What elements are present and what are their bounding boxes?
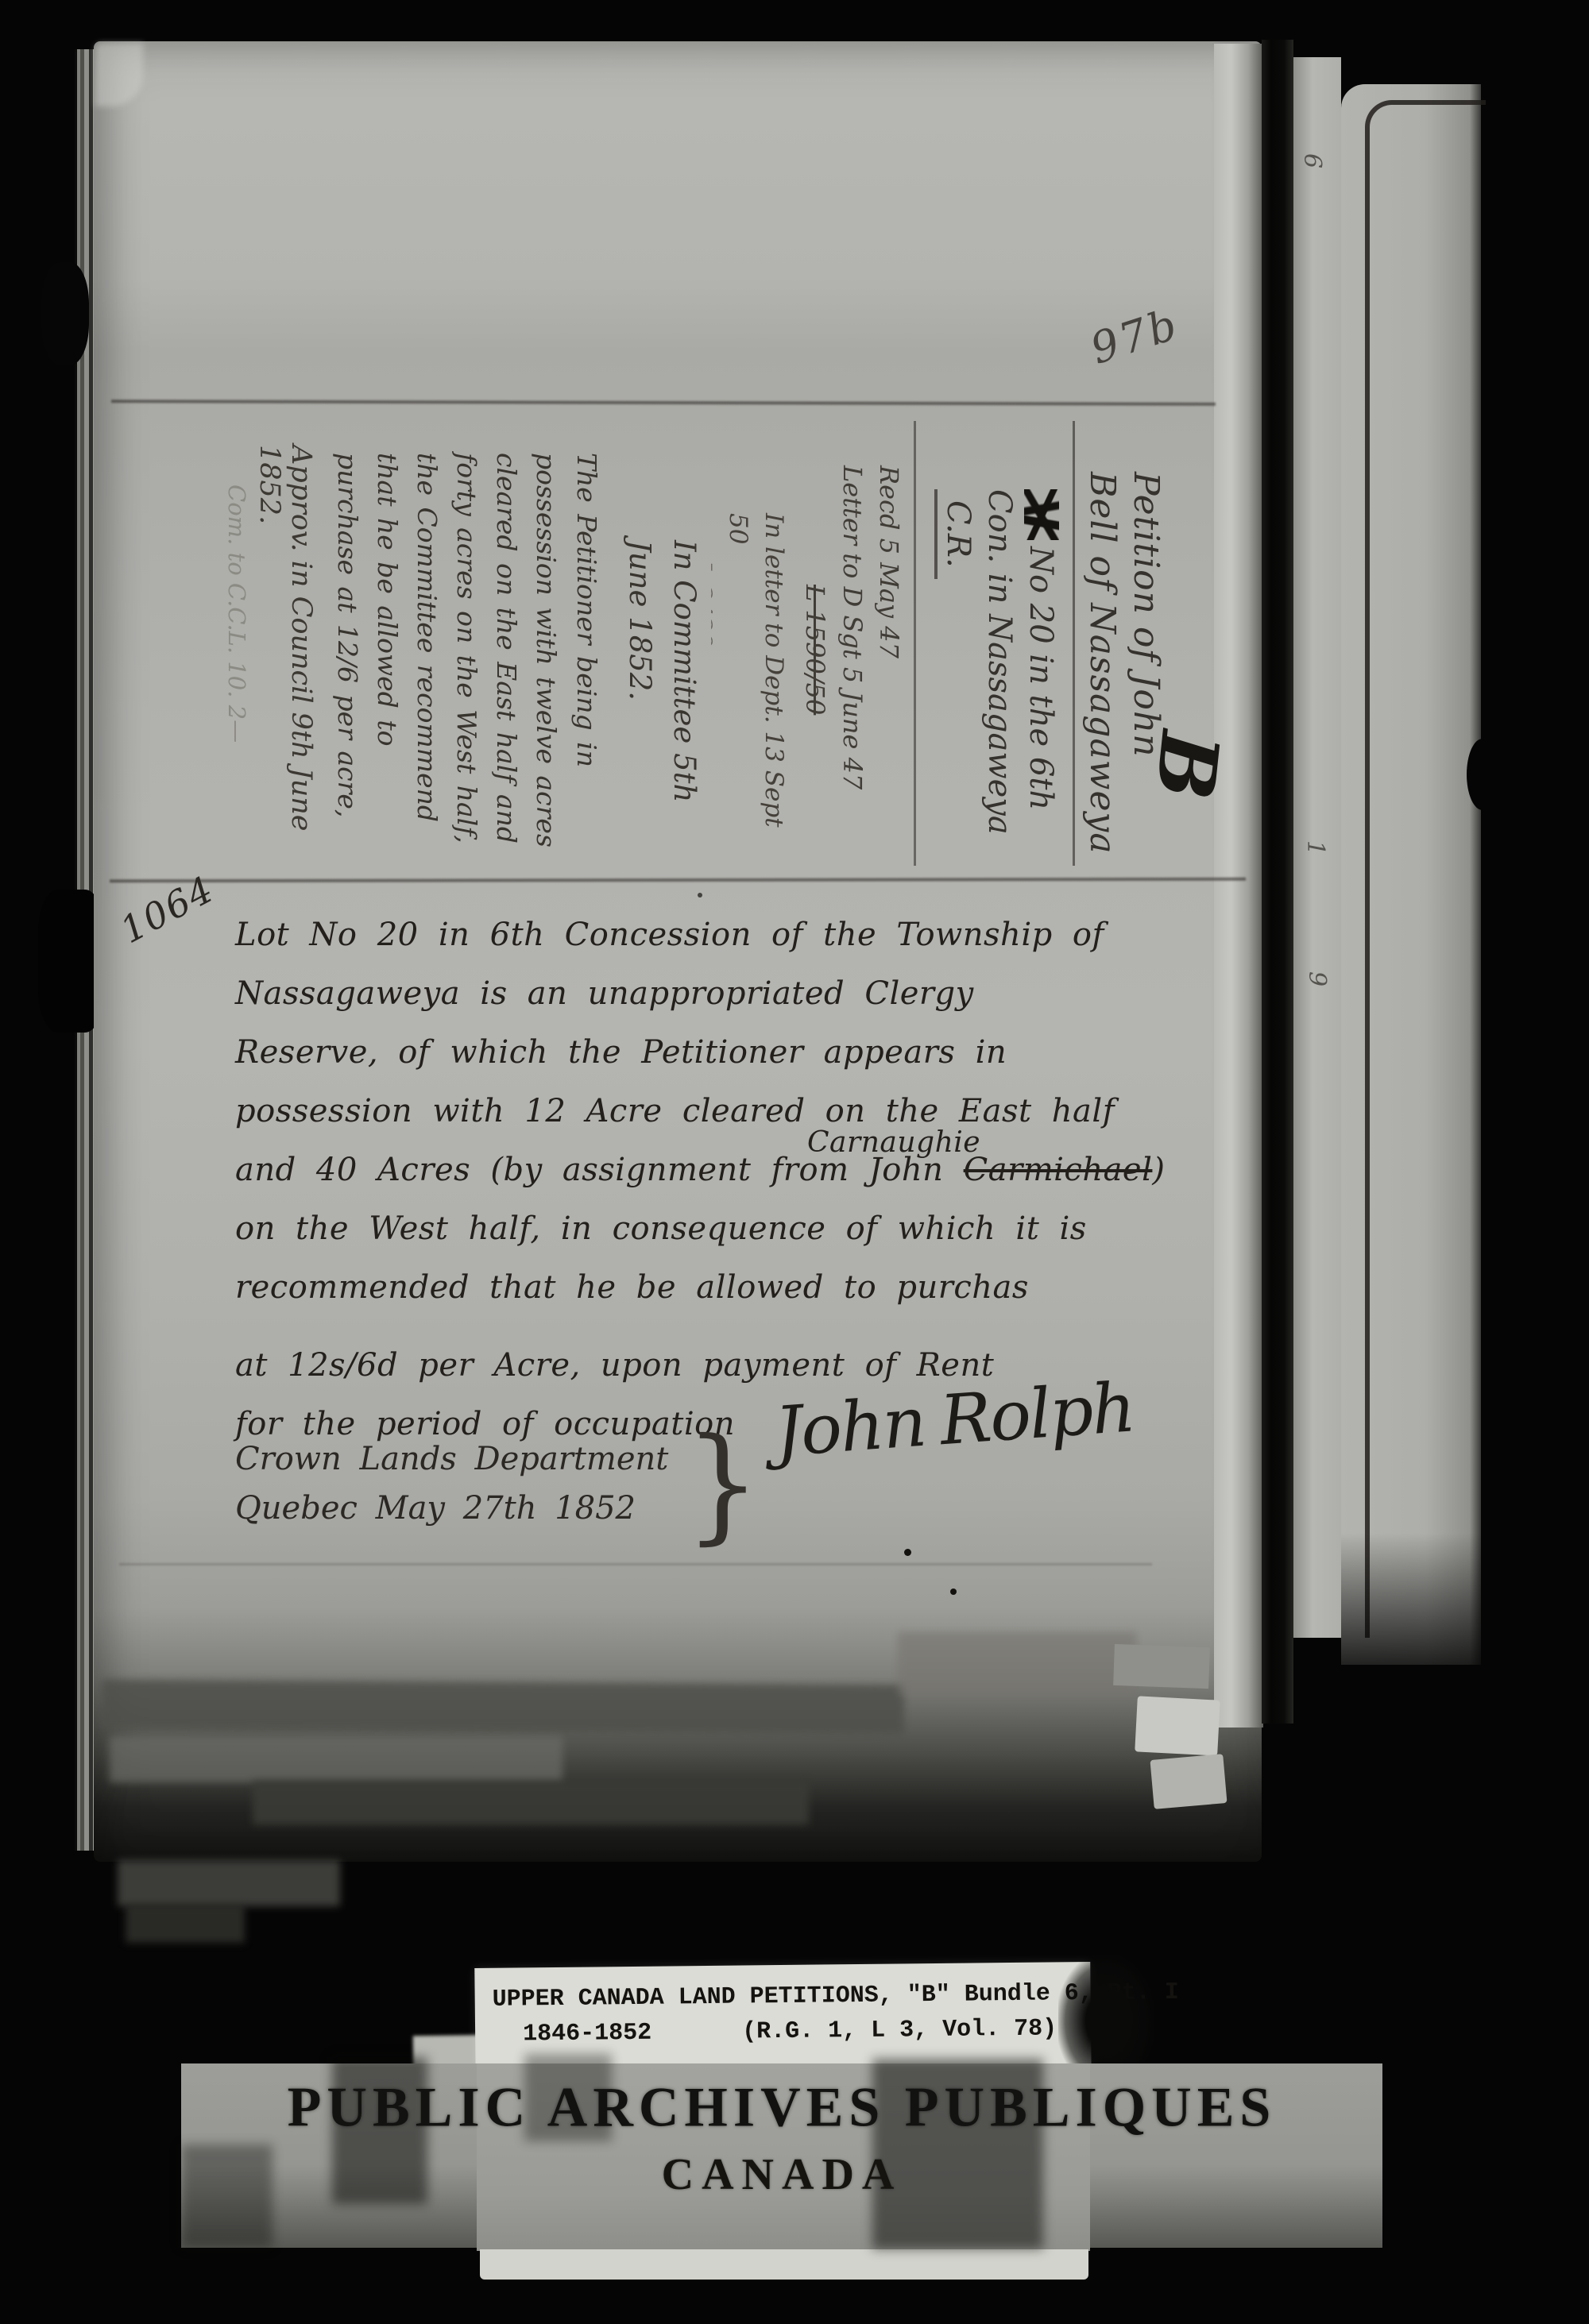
inserted-correction: Carnaughie (807, 1114, 980, 1172)
struck-name: Carmichael (964, 1152, 1153, 1188)
page-edge-streak (110, 1736, 563, 1782)
archives-title: PUBLIC ARCHIVES PUBLIQUES (181, 2075, 1382, 2141)
archives-country: CANADA (181, 2149, 1382, 2200)
docket-title-line1: Petition of John (1124, 472, 1168, 858)
strip-mark: 1 (1301, 840, 1329, 855)
bundle-mark: B (1137, 728, 1237, 804)
inletter-ref: L 2429. (711, 561, 717, 655)
paper-tab (1113, 1644, 1210, 1689)
paper-tab (1135, 1696, 1220, 1755)
received-line: Recd 5 May 47 (871, 465, 907, 859)
report-line: Reserve, of which the Petitioner appears… (235, 1023, 1228, 1082)
microfilm-scan: 97b 6 1 9 Petition of John Bell of Nassa… (0, 0, 1589, 2324)
docket-title-line2: Bell of Nassagaweya (1081, 472, 1124, 858)
fold-crease (119, 1563, 1152, 1565)
page-edge-streak (898, 1632, 1136, 1696)
docket-received-note: Recd 5 May 47 Letter to D Sgt 5 June 47 … (794, 421, 914, 866)
docket-annotations: Petition of John Bell of Nassagaweya No … (207, 421, 1192, 866)
report-line: on the West half, in consequence of whic… (235, 1199, 1228, 1258)
adjacent-page-border (1365, 100, 1486, 1638)
docket-lot-note: No 20 in the 6th Con. in Nassagaweya C.R… (914, 421, 1073, 866)
docket-committee-note: In Committee 5th June 1852. The Petition… (322, 421, 711, 866)
page-edge-streak (126, 1905, 245, 1943)
brace-mark: } (685, 1412, 760, 1558)
ink-dot (698, 893, 702, 898)
binding-gutter (1262, 40, 1293, 1724)
ink-dot (904, 1549, 911, 1556)
adjacent-page-shadow (1341, 1533, 1481, 1668)
letter-line: Letter to D Sgt 5 June 47 (833, 465, 870, 859)
page-fold (1214, 44, 1263, 1728)
docket-title: Petition of John Bell of Nassagaweya (1073, 421, 1192, 866)
inletter-line: In letter to Dept. 13 Sept 50 (720, 513, 791, 859)
department-name: Crown Lands Department (235, 1434, 668, 1484)
paper-tab (1150, 1754, 1227, 1809)
report-line: Lot No 20 in 6th Concession of the Towns… (235, 905, 1228, 964)
docket-lot-line2: Con. in Nassagaweya (979, 489, 1020, 858)
department-date: Quebec May 27th 1852 (235, 1484, 668, 1533)
strip-mark: 6 (1298, 153, 1326, 168)
department-dateline: Crown Lands Department Quebec May 27th 1… (235, 1434, 668, 1533)
report-line: Nassagaweya is an unappropriated Clergy (235, 964, 1228, 1023)
archives-band-paper-edge (480, 2249, 1088, 2280)
label-reference: (R.G. 1, L 3, Vol. 78) (742, 2015, 1057, 2045)
committee-heading: In Committee 5th June 1852. (617, 453, 706, 856)
page-edge-streak (118, 1860, 340, 1906)
docket-lot-line3: C.R. (934, 489, 979, 579)
label-line1: UPPER CANADA LAND PETITIONS, "B" Bundle … (492, 1976, 1090, 2017)
label-years: 1846-1852 (523, 2020, 651, 2048)
docket-inletter-note: In letter to Dept. 13 Sept 50 L 2429. (711, 421, 794, 866)
docket-lot-line1: No 20 in the 6th (1023, 546, 1059, 810)
report-line: recommended that he be allowed to purcha… (235, 1258, 1228, 1317)
page-edge-streak (253, 1781, 809, 1824)
letter-ref: L 1590/50 (800, 585, 830, 715)
docket-approval-note: Approv. in Council 9th June 1852. (250, 421, 322, 866)
committee-text: The Petitioner being in possession with … (322, 453, 606, 856)
ink-dot (950, 1589, 957, 1595)
page-notch (1467, 739, 1498, 810)
page-edge-streak (102, 1679, 904, 1734)
edge-shadow (41, 262, 89, 365)
strip-mark: 9 (1303, 971, 1331, 986)
report-line-with-correction: and 40 Acres (by assignment from John Ca… (235, 1141, 1228, 1199)
report-line: possession with 12 Acre cleared on the E… (235, 1082, 1228, 1141)
docket-pencil-note: Com. to C.C.L. 10. 2— (211, 421, 250, 866)
crossed-out-scribble (1024, 489, 1059, 540)
